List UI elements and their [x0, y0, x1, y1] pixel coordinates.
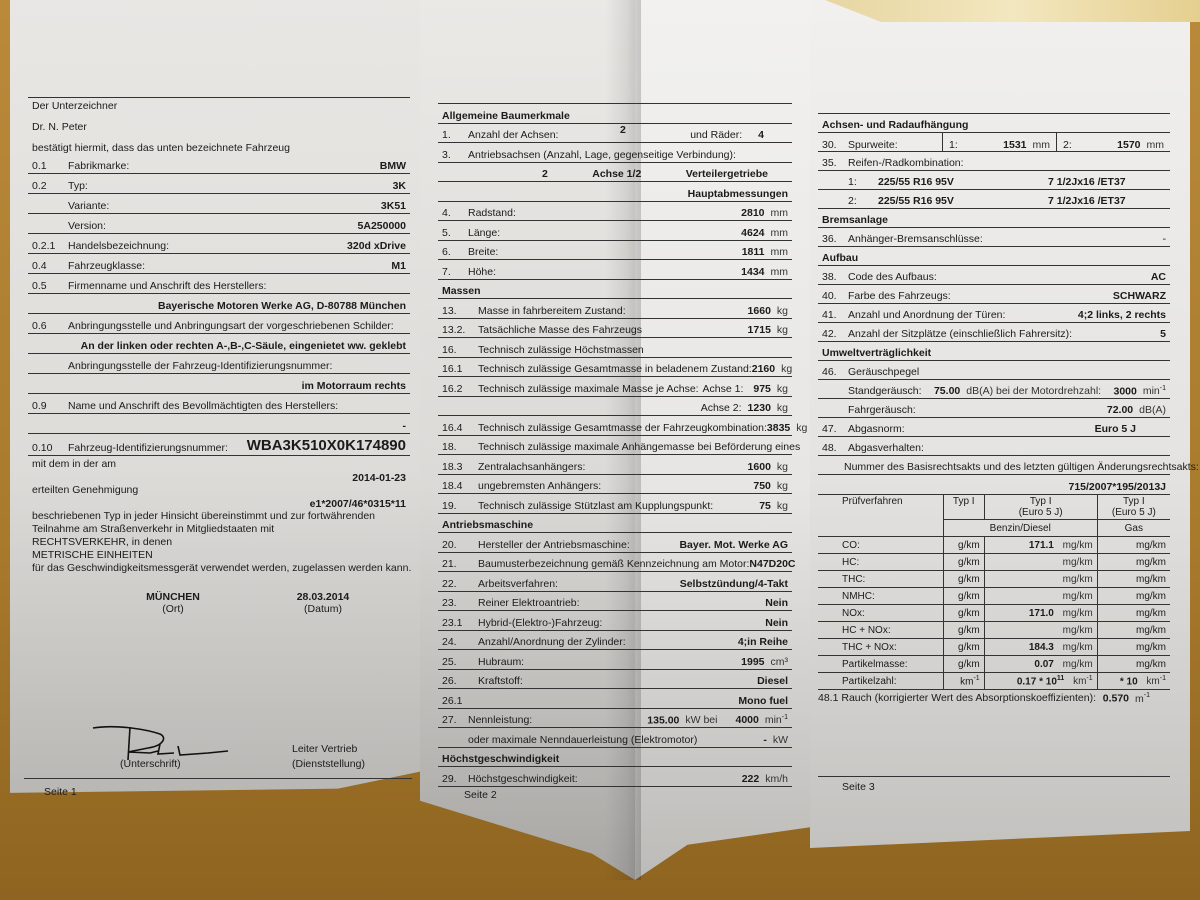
signature-scribble	[88, 722, 238, 762]
drive-axles-value-row: 2 Achse 1/2 Verteilergetriebe	[438, 163, 792, 183]
representative-value-row: -	[28, 414, 410, 434]
field-value: 1811	[742, 246, 765, 258]
masses-heading: Massen	[438, 280, 792, 300]
combination-mass-row: 16.4Technisch zulässige Gesamtmasse der …	[438, 416, 792, 436]
body-line: METRISCHE EINHEITEN	[28, 549, 410, 562]
page-1-number: Seite 1	[44, 786, 77, 798]
speed-row: 29.Höchstgeschwindigkeit: 222km/h	[438, 767, 792, 787]
field-value: BMW	[380, 160, 406, 172]
field-row: Variante:3K51	[28, 194, 410, 214]
tyre-list: 1:225/55 R16 95V7 1/2Jx16 /ET372:225/55 …	[818, 171, 1170, 209]
trailer-list: 18.3Zentralachsanhängers:1600kg18.4ungeb…	[438, 455, 792, 514]
body-list: 38.Code des Aufbaus:AC40.Farbe des Fahrz…	[818, 266, 1170, 342]
representative-value: -	[403, 420, 407, 432]
field-value: 2810	[741, 207, 764, 219]
field-value: 4;in Reihe	[738, 636, 788, 648]
page-2-number: Seite 2	[460, 789, 792, 801]
signatory-name: Dr. N. Peter	[28, 121, 410, 133]
approval-text-1: mit dem in der am	[28, 458, 410, 470]
tyres-label-row: 35.Reifen-/Radkombination:	[818, 152, 1170, 171]
field-row: 25.Hubraum:1995cm³	[438, 650, 792, 670]
field-row: 7.Höhe:1434mm	[438, 260, 792, 280]
vin-location-value-row: im Motorraum rechts	[28, 374, 410, 394]
emissions-row: HC + NOx:g/kmmg/kmmg/km	[818, 622, 1170, 639]
emissions-row: THC + NOx:g/km184.3 mg/kmmg/km	[818, 639, 1170, 656]
field-value: 1600	[748, 461, 771, 473]
power-row: 27.Nennleistung: 135.00kW bei4000min-1	[438, 709, 792, 729]
engine-list: 20.Hersteller der Antriebsmaschine:Bayer…	[438, 533, 792, 709]
electric-power-row: oder maximale Nenndauerleistung (Elektro…	[438, 728, 792, 748]
axle-mass-row: 16.2Technisch zulässige maximale Masse j…	[438, 377, 792, 397]
page-3-content: Achsen- und Radaufhängung 30.Spurweite: …	[818, 113, 1170, 705]
body-line: Teilnahme am Straßenverkehr in Mitglieds…	[28, 523, 410, 536]
page-1-content: Der Unterzeichner Dr. N. Peter bestätigt…	[28, 97, 410, 631]
field-row: 23.1Hybrid-(Elektro-)Fahrzeug:Nein	[438, 611, 792, 631]
trailer-heading-row: 18.Technisch zulässige maximale Anhängem…	[438, 436, 792, 456]
field-row: 42.Anzahl der Sitzplätze (einschließlich…	[818, 323, 1170, 342]
field-value: 4624	[741, 227, 764, 239]
emissions-row: NMHC:g/kmmg/kmmg/km	[818, 588, 1170, 605]
manufacturer-value: Bayerische Motoren Werke AG, D-80788 Mün…	[158, 300, 406, 312]
field-value: 2160	[752, 363, 775, 375]
plates-value-row: An der linken oder rechten A-,B-,C-Säule…	[28, 334, 410, 354]
field-value: 4;2 links, 2 rechts	[1078, 309, 1166, 321]
axles-suspension-heading: Achsen- und Radaufhängung	[818, 114, 1170, 133]
emissions-row: NOx:g/km171.0 mg/kmmg/km	[818, 605, 1170, 622]
manufacturer-label-row: 0.5Firmenname und Anschrift des Herstell…	[28, 274, 410, 294]
axles-row: 1.Anzahl der Achsen: 2 und Räder:4	[438, 124, 792, 144]
plates-label-row: 0.6Anbringungsstelle und Anbringungsart …	[28, 314, 410, 334]
field-row: 13.Masse in fahrbereitem Zustand:1660kg	[438, 299, 792, 319]
emission-behaviour-row: 48.Abgasverhalten:	[818, 437, 1170, 456]
field-value: Bayer. Mot. Werke AG	[679, 539, 788, 551]
body-line: RECHTSVERKEHR, in denen	[28, 536, 410, 549]
field-value: Nein	[765, 597, 788, 609]
field-row: 20.Hersteller der Antriebsmaschine:Bayer…	[438, 533, 792, 553]
field-value: 3K	[393, 180, 406, 192]
approval-date: 2014-01-23	[28, 472, 410, 484]
vin-value: WBA3K510X0K174890	[247, 437, 406, 454]
field-row: 40.Farbe des Fahrzeugs:SCHWARZ	[818, 285, 1170, 304]
document-photo: Der Unterzeichner Dr. N. Peter bestätigt…	[0, 0, 1200, 900]
place-value: MÜNCHEN	[118, 591, 228, 603]
wheels-value: 4	[758, 129, 764, 141]
page-2-content: Allgemeine Baumerkmale 1.Anzahl der Achs…	[438, 103, 792, 801]
field-value: Selbstzündung/4-Takt	[680, 578, 788, 590]
stationary-noise-row: Standgeräusch: 75.00dB(A) bei der Motord…	[818, 380, 1170, 399]
confirmation-text: bestätigt hiermit, dass das unten bezeic…	[28, 142, 410, 154]
speed-heading: Höchstgeschwindigkeit	[438, 748, 792, 768]
date-label: (Datum)	[268, 603, 378, 615]
vin-location-label-row: Anbringungsstelle der Fahrzeug-Identifiz…	[28, 354, 410, 374]
field-row: 16.Technisch zulässige Höchstmassen	[438, 338, 792, 358]
field-value: Nein	[765, 617, 788, 629]
page-3-number: Seite 3	[842, 781, 875, 793]
emissions-row: THC:g/kmmg/kmmg/km	[818, 571, 1170, 588]
page-1-footer-line	[24, 778, 412, 779]
field-row: 0.2.1Handelsbezeichnung:320d xDrive	[28, 234, 410, 254]
field-value: 5A250000	[358, 220, 406, 232]
intro-heading: Der Unterzeichner	[28, 100, 410, 112]
axles-value: 2	[620, 124, 626, 136]
field-value: 1715	[748, 324, 771, 336]
masses-list: 13.Masse in fahrbereitem Zustand:1660kg1…	[438, 299, 792, 377]
emissions-particle-row: Partikelzahl: km-1 0.17 * 1011 km-1 * 10…	[818, 673, 1170, 690]
date-value: 28.03.2014	[268, 591, 378, 603]
field-row: 18.4ungebremsten Anhängers:750kg	[438, 475, 792, 495]
field-row: 22.Arbeitsverfahren:Selbstzündung/4-Takt	[438, 572, 792, 592]
emissions-table: Prüfverfahren Typ I Typ I (Euro 5 J) Typ…	[818, 494, 1170, 690]
field-value: 1434	[741, 266, 764, 278]
field-value: 75	[759, 500, 771, 512]
engine-heading: Antriebsmaschine	[438, 514, 792, 534]
field-row: 6.Breite:1811mm	[438, 241, 792, 261]
field-row: 23.Reiner Elektroantrieb:Nein	[438, 592, 792, 612]
body-line: für das Geschwindigkeitsmessgerät verwen…	[28, 562, 410, 575]
field-row: 0.4Fahrzeugklasse:M1	[28, 254, 410, 274]
emission-standard-row: 47.Abgasnorm: Euro 5 J	[818, 418, 1170, 437]
vehicle-fields: 0.1Fabrikmarke:BMW0.2Typ:3KVariante:3K51…	[28, 154, 410, 274]
emissions-row: HC:g/kmmg/kmmg/km	[818, 554, 1170, 571]
representative-label-row: 0.9Name und Anschrift des Bevollmächtigt…	[28, 394, 410, 414]
plates-value: An der linken oder rechten A-,B-,C-Säule…	[81, 340, 406, 352]
table-surface-highlight	[825, 0, 1200, 22]
legal-act-label-row: Nummer des Basisrechtsakts und des letzt…	[818, 456, 1170, 475]
emissions-header-row: Prüfverfahren Typ I Typ I (Euro 5 J) Typ…	[818, 495, 1170, 520]
body-line: beschriebenen Typ in jeder Hinsicht über…	[28, 510, 410, 523]
brakes-row: 36.Anhänger-Bremsanschlüsse: -	[818, 228, 1170, 247]
field-value: 1660	[748, 305, 771, 317]
approval-text-2: erteilten Genehmigung	[28, 484, 410, 496]
place-date-block: MÜNCHEN (Ort) 28.03.2014 (Datum)	[28, 591, 410, 631]
field-value: 5	[1160, 328, 1166, 340]
field-row: 38.Code des Aufbaus:AC	[818, 266, 1170, 285]
field-value: AC	[1151, 271, 1166, 283]
dimensions-heading: Hauptabmessungen	[438, 182, 792, 202]
field-value: 1995	[741, 656, 764, 668]
legal-act-value-row: 715/2007*195/2013J	[818, 475, 1170, 494]
brakes-heading: Bremsanlage	[818, 209, 1170, 228]
field-value: M1	[391, 260, 406, 272]
track-row: 30.Spurweite: 1:1531mm 2:1570mm	[818, 133, 1170, 152]
approval-number: e1*2007/46*0315*11	[28, 498, 410, 510]
field-row: 24.Anzahl/Anordnung der Zylinder:4;in Re…	[438, 631, 792, 651]
field-value: Diesel	[757, 675, 788, 687]
field-row: 16.1Technisch zulässige Gesamtmasse in b…	[438, 358, 792, 378]
environment-heading: Umweltverträglichkeit	[818, 342, 1170, 361]
signature-label: (Unterschrift)	[120, 758, 181, 770]
field-row: Version:5A250000	[28, 214, 410, 234]
field-row: 13.2.Tatsächliche Masse des Fahrzeugs171…	[438, 319, 792, 339]
field-value: SCHWARZ	[1113, 290, 1166, 302]
vin-location-value: im Motorraum rechts	[302, 380, 406, 392]
field-row: 4.Radstand:2810mm	[438, 202, 792, 222]
page-3-footer-line	[818, 776, 1170, 777]
tyre-row: 1:225/55 R16 95V7 1/2Jx16 /ET37	[818, 171, 1170, 190]
dimensions-list: 4.Radstand:2810mm5.Länge:4624mm6.Breite:…	[438, 202, 792, 280]
field-row: 21.Baumusterbezeichnung gemäß Kennzeichn…	[438, 553, 792, 573]
place-label: (Ort)	[118, 603, 228, 615]
drive-noise-row: Fahrgeräusch: 72.00dB(A)	[818, 399, 1170, 418]
emissions-row: CO:g/km171.1 mg/kmmg/km	[818, 537, 1170, 554]
tyre-row: 2:225/55 R16 95V7 1/2Jx16 /ET37	[818, 190, 1170, 209]
field-row: 0.1Fabrikmarke:BMW	[28, 154, 410, 174]
body-heading: Aufbau	[818, 247, 1170, 266]
field-value: 750	[753, 480, 771, 492]
field-row: 26.Kraftstoff:Diesel	[438, 670, 792, 690]
field-row: 19.Technisch zulässige Stützlast am Kupp…	[438, 494, 792, 514]
field-value: 3K51	[381, 200, 406, 212]
position-label: (Dienststellung)	[292, 758, 365, 770]
field-row: 41.Anzahl und Anordnung der Türen:4;2 li…	[818, 304, 1170, 323]
field-row: 0.2Typ:3K	[28, 174, 410, 194]
noise-row: 46.Geräuschpegel	[818, 361, 1170, 380]
field-row: 18.3Zentralachsanhängers:1600kg	[438, 455, 792, 475]
field-value: Mono fuel	[738, 695, 788, 707]
field-row: 5.Länge:4624mm	[438, 221, 792, 241]
emissions-row: Partikelmasse:g/km0.07 mg/kmmg/km	[818, 656, 1170, 673]
position-value: Leiter Vertrieb	[292, 743, 357, 755]
manufacturer-value-row: Bayerische Motoren Werke AG, D-80788 Mün…	[28, 294, 410, 314]
approval-body-text: beschriebenen Typ in jeder Hinsicht über…	[28, 510, 410, 575]
field-value: N47D20C	[749, 558, 795, 570]
vin-row: 0.10Fahrzeug-Identifizierungsnummer: WBA…	[28, 434, 410, 456]
general-heading: Allgemeine Baumerkmale	[438, 104, 792, 124]
axle-2-mass-row: Achse 2:1230kg	[438, 397, 792, 417]
smoke-row: 48.1 Rauch (korrigierter Wert des Absorp…	[818, 690, 1170, 705]
drive-axles-row: 3.Antriebsachsen (Anzahl, Lage, gegensei…	[438, 143, 792, 163]
field-value: 320d xDrive	[347, 240, 406, 252]
field-row: 26.1Mono fuel	[438, 689, 792, 709]
